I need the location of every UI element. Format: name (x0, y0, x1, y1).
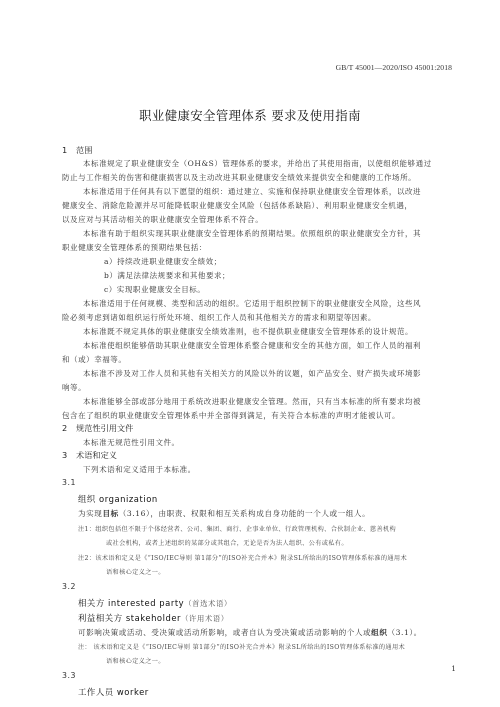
paragraph-line: 险必须考虑到诸如组织运行所处环境、组织工作人员和其他相关方的需求和期望等因素。 (62, 312, 376, 323)
term-note: 或社会机构，或者上述组织的某部分或其组合，无论是否为法人组织、公有或私有。 (106, 538, 348, 547)
paragraph-line: 本标准适用于任何具有以下愿望的组织：通过建立、实施和保持职业健康安全管理体系，以… (83, 186, 421, 197)
paragraph-line: 本标准适用于任何规模、类型和活动的组织。它适用于组织控制下的职业健康安全风险，这… (83, 298, 421, 309)
section-title: 范围 (76, 145, 92, 155)
paragraph-line: 本标准无规范性引用文件。 (83, 437, 180, 448)
term-note: 注1：组织包括但不限于个体经营者、公司、集团、商行、企事业单位、行政管理机构、合… (78, 524, 396, 533)
clause-number: 3.2 (62, 582, 76, 591)
list-item: c）实现职业健康安全目标。 (104, 284, 205, 295)
paragraph-line: 响等。 (62, 382, 86, 393)
section-number: 1 (62, 145, 76, 155)
term-definition: 可影响决策或活动、受决策或活动所影响，或者自认为受决策或活动影响的个人或组织（3… (78, 627, 422, 638)
section-2-heading: 2规范性引用文件 (62, 423, 133, 434)
paragraph-line: 下列术语和定义适用于本标准。 (83, 464, 196, 475)
term-heading: 相关方 interested party（首选术语） (78, 597, 232, 609)
clause-number: 3.1 (62, 478, 76, 487)
list-item: b）满足法律法规要求和其他要求； (104, 270, 230, 281)
section-title: 规范性引用文件 (76, 423, 133, 433)
section-title: 术语和定义 (76, 450, 117, 460)
standard-code: GB/T 45001—2020/ISO 45001:2018 (336, 63, 452, 72)
paragraph-line: 本标准使组织能够借助其职业健康安全管理体系整合健康和安全的其他方面，如工作人员的… (83, 340, 421, 351)
section-number: 2 (62, 423, 76, 433)
page-number: 1 (451, 664, 456, 673)
page-title: 职业健康安全管理体系 要求及使用指南 (0, 106, 500, 124)
term-heading: 工作人员 worker (78, 686, 149, 698)
paragraph-line: 以及应对与其活动相关的职业健康安全管理体系不符合。 (62, 214, 263, 225)
paragraph-line: 本标准有助于组织实现其职业健康安全管理体系的预期结果。依照组织的职业健康安全方针… (83, 228, 421, 239)
term-note: 注： 该术语和定义是《“ISO/IEC导则 第1部分”的ISO补充合并本》附录S… (78, 642, 405, 651)
term-note: 注2：该术语和定义是《“ISO/IEC导则 第1部分”的ISO补充合并本》附录S… (78, 553, 407, 562)
paragraph-line: 包含在了组织的职业健康安全管理体系中并全部得到满足，有关符合本标准的声明才能被认… (62, 410, 400, 421)
paragraph-line: 本标准能够全部或部分地用于系统改进职业健康安全管理。然而，只有当本标准的所有要求… (83, 396, 421, 407)
paragraph-line: 防止与工作相关的伤害和健康损害以及主动改进其职业健康安全绩效来提供安全和健康的工… (62, 172, 416, 183)
paragraph-line: 本标准不涉及对工作人员和其他有关相关方的风险以外的议题，如产品安全、财产损失或环… (83, 368, 421, 379)
paragraph-line: 职业健康安全管理体系的预期结果包括： (62, 242, 207, 253)
term-link: 组织 (371, 628, 387, 637)
section-1-heading: 1范围 (62, 145, 92, 156)
paragraph-line: 和（或）幸福等。 (62, 354, 126, 365)
clause-number: 3.3 (62, 671, 76, 680)
term-link: 目标 (102, 509, 118, 518)
term-note: 语和核心定义之一。 (106, 656, 165, 665)
alt-term-heading: 利益相关方 stakeholder（许用术语） (78, 612, 229, 624)
list-item: a）持续改进职业健康安全绩效； (104, 256, 222, 267)
section-3-heading: 3术语和定义 (62, 450, 117, 461)
term-heading: 组织 organization (78, 493, 158, 505)
section-number: 3 (62, 450, 76, 460)
paragraph-line: 本标准既不规定具体的职业健康安全绩效准则，也不提供职业健康安全管理体系的设计规范… (83, 326, 413, 337)
paragraph-line: 健康安全、消除危险源并尽可能降低职业健康安全风险（包括体系缺陷）、利用职业健康安… (62, 200, 412, 211)
term-note: 语和核心定义之一。 (106, 567, 165, 576)
term-definition: 为实现目标（3.16），由职责、权限和相互关系构成自身功能的一个人或一组人。 (78, 508, 370, 519)
paragraph-line: 本标准规定了职业健康安全（OH&S）管理体系的要求，并给出了其使用指南，以使组织… (83, 158, 432, 169)
